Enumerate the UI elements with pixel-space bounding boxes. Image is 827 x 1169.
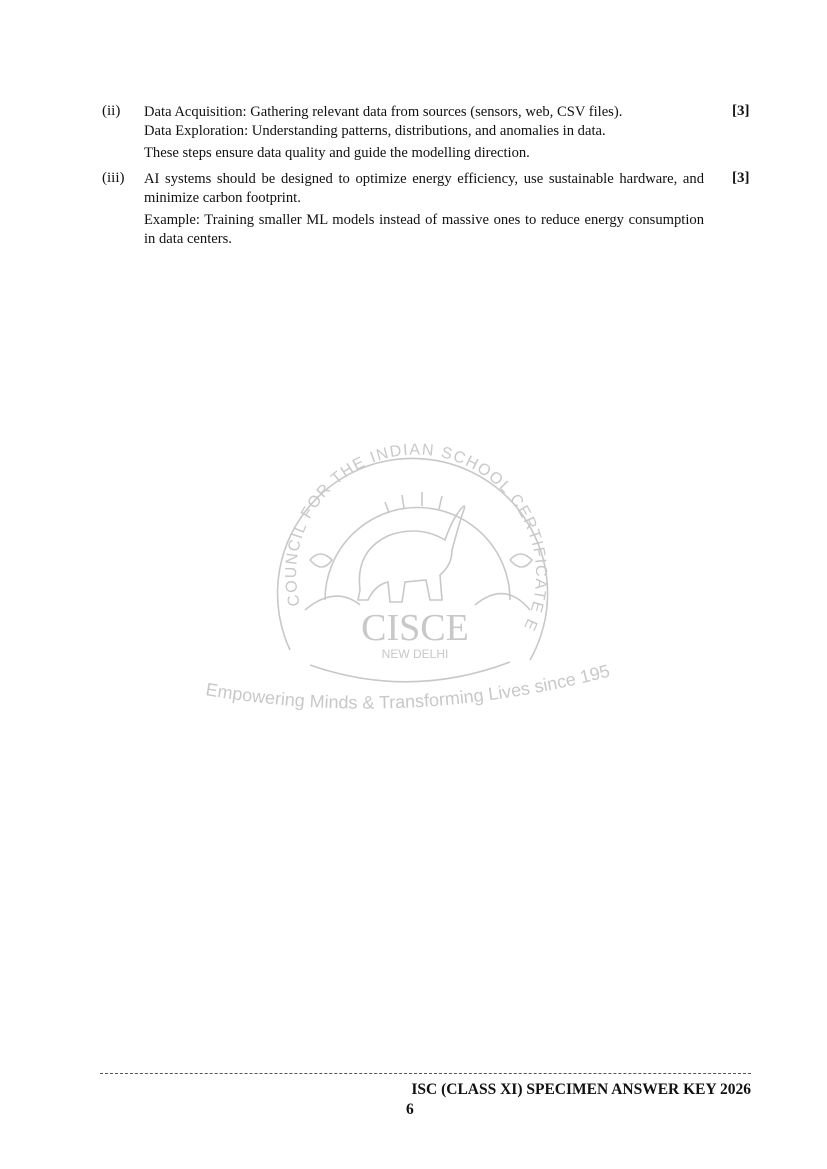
watermark-location: NEW DELHI <box>382 647 449 661</box>
answer-number: (ii) <box>102 103 120 120</box>
page-number: 6 <box>406 1101 414 1119</box>
answer-paragraph: Data Exploration: Understanding patterns… <box>144 122 704 141</box>
answer-paragraph: These steps ensure data quality and guid… <box>144 144 704 163</box>
marks-badge: [3] <box>732 103 750 120</box>
footer-divider <box>100 1073 751 1074</box>
answer-text: Data Acquisition: Gathering relevant dat… <box>144 103 704 163</box>
inner-arc <box>325 508 510 601</box>
watermark-ring-text: COUNCIL FOR THE INDIAN SCHOOL CERTIFICAT… <box>190 400 549 634</box>
answer-text: AI systems should be designed to optimiz… <box>144 170 704 249</box>
answer-paragraph: AI systems should be designed to optimiz… <box>144 170 704 208</box>
bottom-arc <box>310 662 510 682</box>
footer-title: ISC (CLASS XI) SPECIMEN ANSWER KEY 2026 <box>411 1081 751 1099</box>
marks-badge: [3] <box>732 170 750 187</box>
elephant-icon <box>358 506 465 602</box>
cisce-watermark: CISCE NEW DELHI COUNCIL FOR THE INDIAN S… <box>190 400 640 740</box>
answer-paragraph: Example: Training smaller ML models inst… <box>144 211 704 249</box>
answer-paragraph: Data Acquisition: Gathering relevant dat… <box>144 103 704 122</box>
answer-number: (iii) <box>102 170 125 187</box>
watermark-logo: CISCE <box>361 607 469 649</box>
